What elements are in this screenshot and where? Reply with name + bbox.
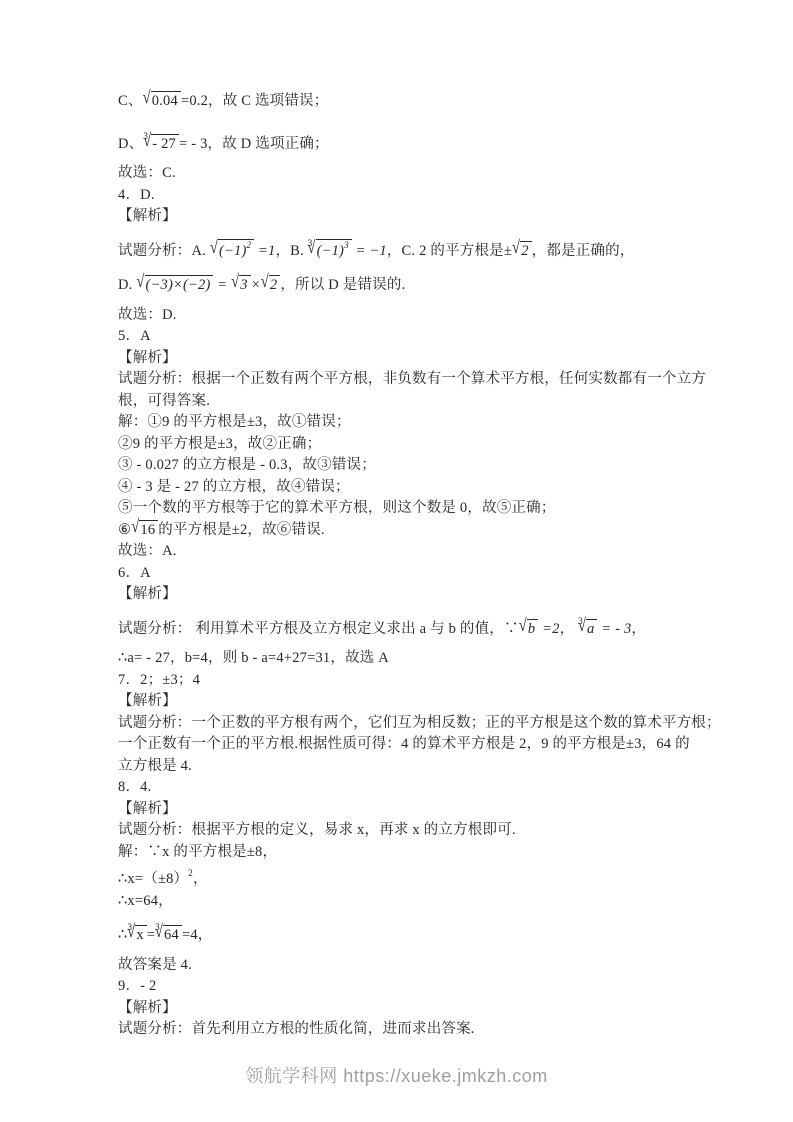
text-line: D. √(−3)×(−2) = √3×√2，所以 D 是错误的. (118, 270, 738, 305)
text-run: 故答案是 4. (118, 957, 192, 973)
text-line: ③ - 0.027 的立方根是 - 0.3，故③错误； (118, 455, 738, 477)
text-line: C、√0.04=0.2，故 C 选项错误； (118, 86, 738, 121)
text-line: 试题分析：首先利用立方根的性质化简，进而求出答案. (118, 1019, 738, 1041)
text-run: 9．- 2 (118, 978, 156, 994)
radical-sign-icon: √ (231, 270, 239, 297)
text-run: 【解析】 (118, 586, 177, 602)
text-line: 一个正数有一个正的平方根.根据性质可得：4 的算术平方根是 2，9 的平方根是±… (118, 734, 738, 756)
text-run: 【解析】 (118, 208, 177, 224)
text-line: 6．A (118, 563, 738, 585)
math-run: =2 (538, 621, 559, 637)
radical: 3√a (578, 611, 597, 641)
radicand: 2 (520, 241, 531, 260)
text-line: 7．2；±3；4 (118, 670, 738, 692)
text-line: ④ - 3 是 - 27 的立方根，故④错误； (118, 477, 738, 499)
text-line: 【解析】 (118, 348, 738, 370)
document-body: C、√0.04=0.2，故 C 选项错误；D、3√- 27= - 3，故 D 选… (118, 86, 738, 1041)
text-run: 4．D. (118, 187, 155, 203)
text-line: 4．D. (118, 185, 738, 207)
text-run: ，所以 D 是错误的. (280, 277, 405, 293)
text-line: 9．- 2 (118, 976, 738, 998)
radical-sign-icon: √ (143, 128, 151, 155)
text-run: 【解析】 (118, 693, 177, 709)
radical-sign-icon: √ (131, 514, 139, 541)
text-run: 一个正数有一个正的平方根.根据性质可得：4 的算术平方根是 2，9 的平方根是±… (118, 736, 690, 752)
text-run: ∴ (118, 927, 127, 943)
text-line: 故选：A. (118, 541, 738, 563)
radical: 3√x (127, 917, 146, 947)
text-run: 故选：C. (118, 165, 176, 181)
radical-sign-icon: √ (127, 920, 135, 947)
radical-sign-icon: √ (210, 235, 218, 262)
math-run: = (213, 277, 231, 293)
radicand: 64 (163, 925, 182, 944)
text-line: ∴x=64， (118, 891, 738, 913)
radical-sign-icon: √ (155, 920, 163, 947)
radical-sign-icon: √ (519, 613, 527, 640)
radicand: a (586, 619, 597, 638)
text-run: ， (631, 621, 646, 637)
radical: √b (519, 619, 539, 641)
text-run: ∴x=64， (118, 893, 173, 909)
text-run: 根，可得答案. (118, 393, 210, 409)
text-line: 【解析】 (118, 998, 738, 1020)
text-line: 根，可得答案. (118, 391, 738, 413)
radical: 3√(−1)3 (308, 233, 352, 263)
radicand: (−3)×(−2) (145, 275, 214, 294)
text-run: 试题分析：首先利用立方根的性质化简，进而求出答案. (118, 1021, 475, 1037)
text-run: 故选：A. (118, 543, 177, 559)
math-run: = - 3 (597, 621, 631, 637)
text-run: ③ - 0.027 的立方根是 - 0.3，故③错误； (118, 457, 376, 473)
radical: √(−3)×(−2) (136, 275, 213, 297)
radicand: 0.04 (151, 91, 181, 110)
text-line: ⑥√16的平方根是±2，故⑥错误. (118, 520, 738, 542)
text-run: 立方根是 4. (118, 758, 192, 774)
math-run: =1 (254, 243, 275, 259)
radical-sign-icon: √ (143, 86, 151, 113)
text-run: 试题分析：A. (118, 243, 210, 259)
text-run: 故选：D. (118, 307, 177, 323)
text-run: 8．4. (118, 779, 151, 795)
text-run: 试题分析：一个正数的平方根有两个，它们互为相反数；正的平方根是这个数的算术平方根… (118, 715, 721, 731)
text-run: =0.2，故 C 选项错误； (181, 93, 329, 109)
text-line: 8．4. (118, 777, 738, 799)
radicand: b (527, 619, 538, 638)
radical-sign-icon: √ (261, 270, 269, 297)
text-line: 试题分析：A. √(−1)2 =1，B. 3√(−1)3 = −1，C. 2 的… (118, 228, 738, 271)
text-run: 解：∵x 的平方根是±8， (118, 844, 277, 860)
radicand: (−1)2 (218, 239, 254, 260)
radical: √0.04 (143, 91, 181, 113)
text-run: ②9 的平方根是±3，故②正确； (118, 436, 321, 452)
text-run: 试题分析： 利用算术平方根及立方根定义求出 a 与 b 的值，∵ (118, 621, 519, 637)
text-line: D、3√- 27= - 3，故 D 选项正确； (118, 121, 738, 164)
radicand: - 27 (151, 134, 179, 153)
text-run: 试题分析：根据平方根的定义，易求 x，再求 x 的立方根即可. (118, 822, 516, 838)
radical: √(−1)2 (210, 239, 254, 263)
text-run: ⑤一个数的平方根等于它的算术平方根，则这个数是 0，故⑤正确； (118, 500, 556, 516)
radical: √16 (131, 520, 158, 542)
radicand: 16 (139, 520, 158, 539)
radical: √3 (231, 275, 251, 297)
text-run: 5．A (118, 328, 151, 344)
text-run: =4， (182, 927, 213, 943)
watermark: 领航学科网 https://xueke.jmkzh.com (0, 1062, 793, 1088)
text-run: ∴a= - 27，b=4，则 b - a=4+27=31，故选 A (118, 650, 389, 666)
text-run: D. (118, 277, 136, 293)
radicand-exponent: 3 (344, 240, 349, 250)
text-run: ∴x=（±8） (118, 871, 188, 887)
text-line: 试题分析： 利用算术平方根及立方根定义求出 a 与 b 的值，∵√b =2， 3… (118, 606, 738, 649)
radical: √2 (512, 241, 532, 263)
text-line: 【解析】 (118, 691, 738, 713)
text-run: 【解析】 (118, 801, 177, 817)
text-run: ，C. 2 的平方根是± (387, 243, 512, 259)
radicand-exponent: 2 (247, 240, 252, 250)
text-run: C、 (118, 93, 143, 109)
text-run: ， (193, 871, 208, 887)
radical-sign-icon: √ (512, 235, 520, 262)
radical: √2 (261, 275, 281, 297)
text-run: ，B. (275, 243, 307, 259)
radical-sign-icon: √ (136, 270, 144, 297)
text-run: 【解析】 (118, 1000, 177, 1016)
radicand: x (135, 925, 146, 944)
radicand: 2 (269, 275, 280, 294)
text-line: 【解析】 (118, 206, 738, 228)
text-line: 试题分析：根据一个正数有两个平方根，非负数有一个算术平方根，任何实数都有一个立方 (118, 369, 738, 391)
radical: 3√- 27 (143, 126, 179, 156)
text-run: 解：①9 的平方根是±3，故①错误； (118, 414, 351, 430)
text-line: 故选：C. (118, 163, 738, 185)
text-run: ⑥ (118, 522, 131, 538)
math-run: = −1 (352, 243, 387, 259)
text-run: 试题分析：根据一个正数有两个平方根，非负数有一个算术平方根，任何实数都有一个立方 (118, 371, 706, 387)
text-line: 立方根是 4. (118, 756, 738, 778)
text-run: ，都是正确的， (532, 243, 635, 259)
radicand: (−1)3 (316, 239, 352, 260)
text-run: 的平方根是±2，故⑥错误. (158, 522, 324, 538)
math-run: × (251, 277, 261, 293)
text-run: = - 3，故 D 选项正确； (179, 136, 329, 152)
text-run: 【解析】 (118, 350, 177, 366)
text-line: 试题分析：一个正数的平方根有两个，它们互为相反数；正的平方根是这个数的算术平方根… (118, 713, 738, 735)
text-line: 【解析】 (118, 584, 738, 606)
text-run: 6．A (118, 565, 151, 581)
text-run: 7．2；±3；4 (118, 672, 200, 688)
document-page: C、√0.04=0.2，故 C 选项错误；D、3√- 27= - 3，故 D 选… (0, 0, 793, 1122)
radicand: 3 (239, 275, 250, 294)
text-run: D、 (118, 136, 143, 152)
text-line: 故选：D. (118, 305, 738, 327)
text-line: 5．A (118, 326, 738, 348)
text-line: ∴3√x=3√64=4， (118, 912, 738, 955)
text-line: ∴a= - 27，b=4，则 b - a=4+27=31，故选 A (118, 648, 738, 670)
radical-sign-icon: √ (307, 235, 315, 262)
text-line: ②9 的平方根是±3，故②正确； (118, 434, 738, 456)
text-line: 解：①9 的平方根是±3，故①错误； (118, 412, 738, 434)
text-line: ∴x=（±8）2， (118, 863, 738, 891)
radical: 3√64 (155, 917, 182, 947)
text-line: 试题分析：根据平方根的定义，易求 x，再求 x 的立方根即可. (118, 820, 738, 842)
radical-sign-icon: √ (578, 613, 586, 640)
text-run: ， (560, 621, 579, 637)
text-line: 【解析】 (118, 799, 738, 821)
text-line: ⑤一个数的平方根等于它的算术平方根，则这个数是 0，故⑤正确； (118, 498, 738, 520)
text-run: ④ - 3 是 - 27 的立方根，故④错误； (118, 479, 350, 495)
text-line: 故答案是 4. (118, 955, 738, 977)
text-line: 解：∵x 的平方根是±8， (118, 842, 738, 864)
